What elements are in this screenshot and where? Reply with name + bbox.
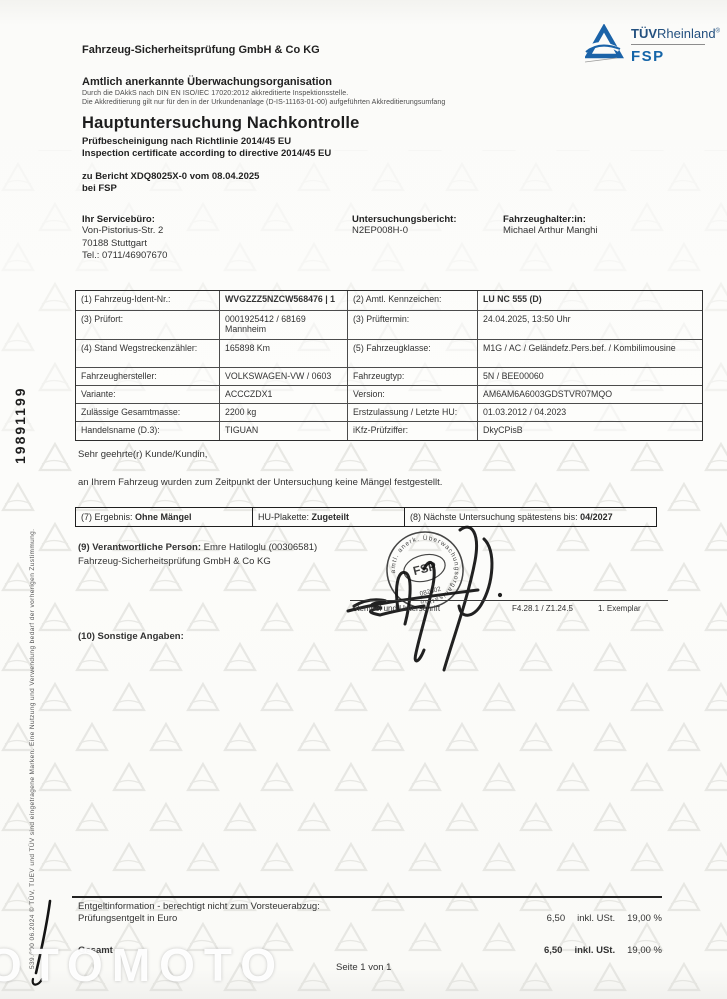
sticker-label: HU-Plakette: — [258, 512, 309, 522]
fee-total-amount: 6,50 — [544, 945, 563, 956]
inspection-report-label: Untersuchungsbericht: — [352, 214, 457, 225]
result-value: Ohne Mängel — [135, 512, 192, 522]
service-office-label: Ihr Servicebüro: — [82, 214, 167, 225]
cell-value: M1G / AC / Geländefz.Pers.bef. / Kombili… — [477, 340, 702, 367]
brand-tuv: TÜV — [631, 26, 657, 41]
scanned-inspection-certificate: TÜVRheinland® FSP Fahrzeug-Sicherheitspr… — [0, 0, 727, 999]
vehicle-holder-name: Michael Arthur Manghi — [503, 225, 598, 238]
cell-label: iKfz-Prüfziffer: — [347, 422, 477, 440]
fee-item-amount: 6,50 — [547, 913, 566, 924]
table-row: (1) Fahrzeug-Ident-Nr.: WVGZZZ5NZCW56847… — [76, 291, 702, 310]
serial-number: 19891199 — [12, 386, 28, 464]
responsible-person-name: Emre Hatiloglu (00306581) — [204, 542, 318, 553]
result-label: (7) Ergebnis: — [81, 512, 133, 522]
cell-label: Erstzulassung / Letzte HU: — [347, 404, 477, 421]
subtitle-en: Inspection certificate according to dire… — [82, 148, 331, 159]
registered-mark: ® — [716, 29, 720, 35]
cell-label: Handelsname (D.3): — [76, 422, 219, 440]
table-row: (4) Stand Wegstreckenzähler: 165898 Km (… — [76, 339, 702, 367]
fee-item-label: Prüfungsentgelt in Euro — [78, 913, 177, 924]
cell-label: (3) Prüfort: — [76, 311, 219, 339]
cell-label: (3) Prüftermin: — [347, 311, 477, 339]
cell-value: 24.04.2025, 13:50 Uhr — [477, 311, 702, 339]
cell-value: WVGZZZ5NZCW568476 | 1 — [219, 291, 347, 310]
service-office-block: Ihr Servicebüro: Von-Pistorius-Str. 2 70… — [82, 214, 167, 263]
form-code: F4.28.1 / Z1.24.5 — [512, 604, 573, 613]
cell-value: AM6AM6A6003GDSTVR07MQO — [477, 386, 702, 403]
responsible-company: Fahrzeug-Sicherheitsprüfung GmbH & Co KG — [78, 556, 271, 567]
service-office-street: Von-Pistorius-Str. 2 — [82, 225, 167, 238]
letter-body: an Ihrem Fahrzeug wurden zum Zeitpunkt d… — [78, 477, 442, 488]
salutation: Sehr geehrte(r) Kunde/Kundin, — [78, 449, 207, 460]
cell-value: 0001925412 / 68169 Mannheim — [219, 311, 347, 339]
result-cell: (7) Ergebnis: Ohne Mängel — [76, 508, 252, 526]
report-reference-2: bei FSP — [82, 183, 117, 194]
service-office-phone: Tel.: 0711/46907670 — [82, 250, 167, 263]
page-number: Seite 1 von 1 — [336, 962, 391, 973]
vehicle-holder-label: Fahrzeughalter:in: — [503, 214, 598, 225]
cell-label: Version: — [347, 386, 477, 403]
inspection-report-number: N2EP008H-0 — [352, 225, 457, 238]
table-row: Handelsname (D.3): TIGUAN iKfz-Prüfziffe… — [76, 421, 702, 440]
accreditation-line-2: Die Akkreditierung gilt nur für den in d… — [82, 99, 445, 106]
other-information-label: (10) Sonstige Angaben: — [78, 631, 184, 642]
fee-section-rule — [72, 896, 662, 898]
service-office-city: 70188 Stuttgart — [82, 238, 167, 251]
fee-item-vat-rate: 19,00 % — [627, 913, 662, 924]
table-row: Variante: ACCCZDX1 Version: AM6AM6A6003G… — [76, 385, 702, 403]
cell-value: VOLKSWAGEN-VW / 0603 — [219, 368, 347, 385]
cell-label: (5) Fahrzeugklasse: — [347, 340, 477, 367]
report-reference: zu Bericht XDQ8025X-0 vom 08.04.2025 — [82, 171, 259, 182]
subtitle-de: Prüfbescheinigung nach Richtlinie 2014/4… — [82, 136, 291, 147]
fee-total-amount-row: 6,50 inkl. USt. 19,00 % — [480, 945, 662, 956]
fee-total-vat: inkl. USt. — [574, 945, 615, 956]
responsible-person-line: (9) Verantwortliche Person: Emre Hatilog… — [78, 542, 317, 553]
cell-label: (1) Fahrzeug-Ident-Nr.: — [76, 291, 219, 310]
signature-rule — [350, 600, 668, 601]
copy-label: 1. Exemplar — [598, 604, 641, 613]
org-line: Amtlich anerkannte Überwachungsorganisat… — [82, 76, 332, 88]
cell-label: Fahrzeughersteller: — [76, 368, 219, 385]
cell-label: Zulässige Gesamtmasse: — [76, 404, 219, 421]
fsp-wordmark: FSP — [631, 48, 665, 65]
cell-label: (2) Amtl. Kennzeichen: — [347, 291, 477, 310]
fee-total-label: Gesamt — [78, 945, 113, 956]
document-title: Hauptuntersuchung Nachkontrolle — [82, 114, 360, 133]
vehicle-data-table: (1) Fahrzeug-Ident-Nr.: WVGZZZ5NZCW56847… — [75, 290, 703, 441]
table-row: Fahrzeughersteller: VOLKSWAGEN-VW / 0603… — [76, 367, 702, 385]
cell-value: 165898 Km — [219, 340, 347, 367]
accreditation-line-1: Durch die DAkkS nach DIN EN ISO/IEC 1702… — [82, 90, 348, 97]
logo-divider — [631, 44, 705, 45]
inspection-report-block: Untersuchungsbericht: N2EP008H-0 — [352, 214, 457, 238]
cell-value: ACCCZDX1 — [219, 386, 347, 403]
cell-label: Fahrzeugtyp: — [347, 368, 477, 385]
fee-total-vat-rate: 19,00 % — [627, 945, 662, 956]
cell-value: TIGUAN — [219, 422, 347, 440]
vehicle-holder-block: Fahrzeughalter:in: Michael Arthur Manghi — [503, 214, 598, 238]
cell-value: 01.03.2012 / 04.2023 — [477, 404, 702, 421]
cell-value: 5N / BEE00060 — [477, 368, 702, 385]
table-row: Zulässige Gesamtmasse: 2200 kg Erstzulas… — [76, 403, 702, 421]
company-name: Fahrzeug-Sicherheitsprüfung GmbH & Co KG — [82, 44, 320, 56]
fee-info-line: Entgeltinformation - berechtigt nicht zu… — [78, 901, 320, 912]
cell-label: (4) Stand Wegstreckenzähler: — [76, 340, 219, 367]
fee-item-amount-row: 6,50 inkl. USt. 19,00 % — [480, 913, 662, 924]
brand-rheinland: Rheinland — [657, 26, 716, 41]
cell-label: Variante: — [76, 386, 219, 403]
table-row: (3) Prüfort: 0001925412 / 68169 Mannheim… — [76, 310, 702, 339]
responsible-person-label: (9) Verantwortliche Person: — [78, 542, 201, 553]
tuv-triangle-icon — [585, 24, 625, 68]
signature-caption: Stempel und Unterschrift — [352, 604, 440, 613]
brand-name: TÜVRheinland® — [631, 26, 720, 41]
fee-item-vat: inkl. USt. — [577, 913, 615, 924]
cell-value: LU NC 555 (D) — [477, 291, 702, 310]
cell-value: 2200 kg — [219, 404, 347, 421]
cell-value: DkyCPisB — [477, 422, 702, 440]
pen-mark-artifact — [28, 893, 72, 997]
